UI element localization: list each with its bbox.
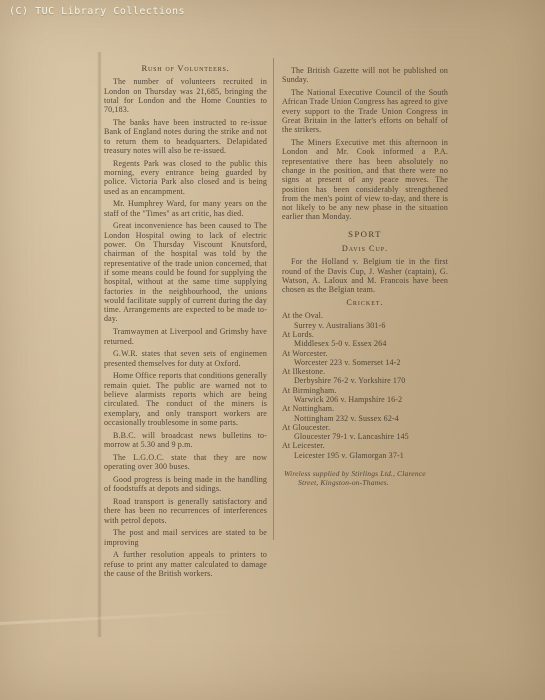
article-paragraph: B.B.C. will broadcast news bulletins to-… — [104, 431, 267, 450]
cricket-score-entry: At Lords. Middlesex 5-0 v. Essex 264 — [282, 330, 448, 349]
cricket-heading: Cricket. — [282, 298, 448, 307]
cricket-venue: At the Oval. — [282, 311, 448, 320]
cricket-scores-list: At the Oval. Surrey v. Australians 301-6… — [282, 311, 448, 460]
cricket-score-entry: At Worcester. Worcester 223 v. Somerset … — [282, 349, 448, 368]
cricket-result: Derbyshire 76-2 v. Yorkshire 170 — [282, 376, 448, 385]
cricket-result: Worcester 223 v. Somerset 14-2 — [282, 358, 448, 367]
cricket-result: Gloucester 79-1 v. Lancashire 145 — [282, 432, 448, 441]
cricket-venue: At Birmingham. — [282, 386, 448, 395]
cricket-result: Warwick 206 v. Hampshire 16-2 — [282, 395, 448, 404]
article-paragraph: Regents Park was closed to the public th… — [104, 159, 267, 196]
cricket-score-entry: At Nottingham. Nottingham 232 v. Sussex … — [282, 404, 448, 423]
cricket-result: Leicester 195 v. Glamorgan 37-1 — [282, 451, 448, 460]
cricket-venue: At Ilkestone. — [282, 367, 448, 376]
column-divider — [273, 58, 274, 540]
article-paragraph: Road transport is generally satisfactory… — [104, 497, 267, 525]
paper-crease-vertical — [97, 52, 102, 637]
cricket-result: Nottingham 232 v. Sussex 62-4 — [282, 414, 448, 423]
article-paragraph: Tramwaymen at Liverpool and Grimsby have… — [104, 327, 267, 346]
cricket-result: Middlesex 5-0 v. Essex 264 — [282, 339, 448, 348]
article-paragraph: The British Gazette will not be publishe… — [282, 66, 448, 85]
cricket-score-entry: At Birmingham. Warwick 206 v. Hampshire … — [282, 386, 448, 405]
cricket-venue: At Worcester. — [282, 349, 448, 358]
article-paragraph: Mr. Humphrey Ward, for many years on the… — [104, 199, 267, 218]
article-heading: Rush of Volunteers. — [104, 64, 267, 73]
article-paragraph: A further resolution appeals to printers… — [104, 550, 267, 578]
paper-crease-bottom — [0, 606, 300, 625]
cricket-score-entry: At Ilkestone. Derbyshire 76-2 v. Yorkshi… — [282, 367, 448, 386]
article-paragraph: The post and mail services are stated to… — [104, 528, 267, 547]
cricket-venue: At Nottingham. — [282, 404, 448, 413]
article-paragraph: The banks have been instructed to re-iss… — [104, 118, 267, 155]
cricket-venue: At Lords. — [282, 330, 448, 339]
right-column: The British Gazette will not be publishe… — [282, 66, 448, 487]
article-paragraph: Good progress is being made in the handl… — [104, 475, 267, 494]
article-paragraph: The National Executive Council of the So… — [282, 88, 448, 134]
left-column: Rush of Volunteers. The number of volunt… — [104, 64, 267, 582]
cricket-score-entry: At the Oval. Surrey v. Australians 301-6 — [282, 311, 448, 330]
article-paragraph: The number of volunteers recruited in Lo… — [104, 77, 267, 114]
article-paragraph: The Miners Executive met this afternoon … — [282, 138, 448, 222]
cricket-score-entry: At Leicester. Leicester 195 v. Glamorgan… — [282, 441, 448, 460]
article-paragraph: G.W.R. states that seven sets of enginem… — [104, 349, 267, 368]
article-paragraph: Home Office reports that conditions gene… — [104, 371, 267, 427]
article-paragraph: The L.G.O.C. state that they are now ope… — [104, 453, 267, 472]
wireless-credit: Wireless supplied by Stirlings Ltd., Cla… — [282, 469, 448, 487]
watermark: (C) TUC Library Collections — [9, 6, 185, 17]
article-paragraph: Great inconvenience has been caused to T… — [104, 221, 267, 323]
cricket-score-entry: At Gloucester. Gloucester 79-1 v. Lancas… — [282, 423, 448, 442]
cricket-venue: At Leicester. — [282, 441, 448, 450]
davis-cup-paragraph: For the Holland v. Belgium tie in the fi… — [282, 257, 448, 294]
cricket-result: Surrey v. Australians 301-6 — [282, 321, 448, 330]
cricket-venue: At Gloucester. — [282, 423, 448, 432]
davis-cup-heading: Davis Cup. — [282, 244, 448, 253]
sport-heading: SPORT — [282, 230, 448, 239]
document-page: (C) TUC Library Collections Rush of Volu… — [0, 0, 545, 700]
